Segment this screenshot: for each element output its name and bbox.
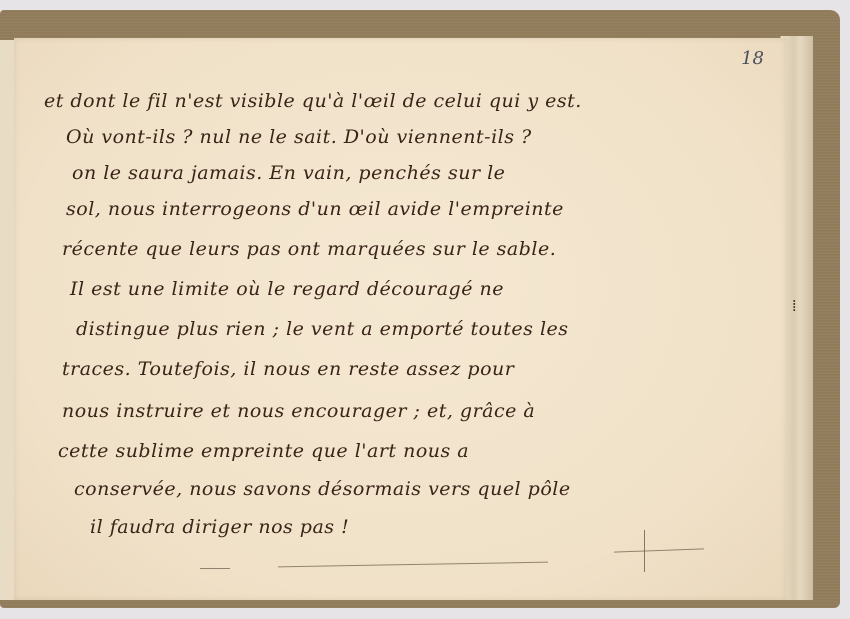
text-line: conservée, nous savons désormais vers qu… xyxy=(74,478,571,500)
text-line: il faudra diriger nos pas ! xyxy=(90,516,349,538)
margin-mark: ⁞ xyxy=(792,296,796,316)
notebook-page: 18 et dont le fil n'est visible qu'à l'œ… xyxy=(14,38,786,600)
text-line: Où vont-ils ? nul ne le sait. D'où vienn… xyxy=(66,126,532,148)
text-line: Il est une limite où le regard découragé… xyxy=(70,278,504,300)
pencil-stroke xyxy=(200,568,230,569)
cross-mark xyxy=(644,530,645,572)
text-line: récente que leurs pas ont marquées sur l… xyxy=(62,238,556,260)
left-page-edge xyxy=(0,40,15,600)
text-line: traces. Toutefois, il nous en reste asse… xyxy=(62,358,514,380)
text-line: distingue plus rien ; le vent a emporté … xyxy=(76,318,569,340)
text-line: cette sublime empreinte que l'art nous a xyxy=(58,440,469,462)
text-line: et dont le fil n'est visible qu'à l'œil … xyxy=(44,90,582,112)
handwritten-text: et dont le fil n'est visible qu'à l'œil … xyxy=(14,38,786,600)
text-line: on le saura jamais. En vain, penchés sur… xyxy=(72,162,505,184)
text-line: sol, nous interrogeons d'un œil avide l'… xyxy=(66,198,564,220)
text-line: nous instruire et nous encourager ; et, … xyxy=(62,400,535,422)
